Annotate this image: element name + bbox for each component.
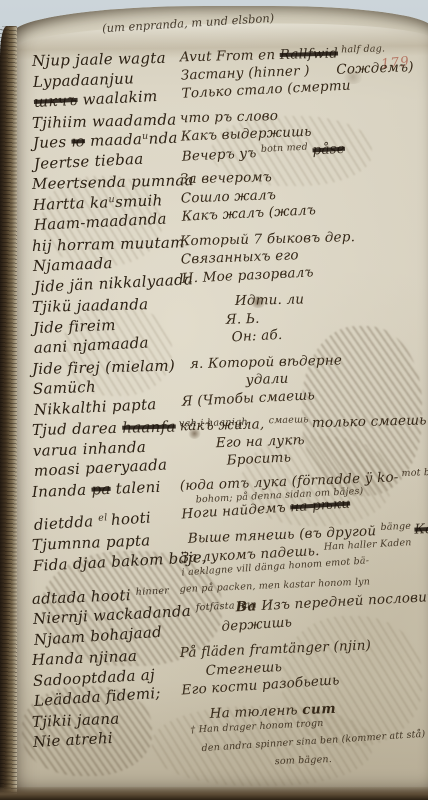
text-segment: Он: аб. bbox=[231, 327, 283, 345]
book-gutter-edge bbox=[0, 26, 17, 800]
text-segment: el bbox=[98, 512, 111, 524]
text-segment: smuih bbox=[115, 191, 163, 211]
text-segment: Njamaada bbox=[33, 254, 113, 275]
text-segment: botn med bbox=[261, 141, 309, 154]
text-segment: Jide fireim bbox=[33, 315, 116, 336]
native-word: Tjihiim waadamda bbox=[32, 110, 180, 132]
page-bottom-edge bbox=[0, 787, 428, 800]
text-segment: u bbox=[142, 131, 149, 142]
text-segment: Бросить bbox=[226, 449, 291, 468]
struck-text: на рѣки bbox=[290, 495, 351, 515]
text-segment: hinner bbox=[136, 585, 170, 597]
text-segment: Inanda bbox=[32, 480, 92, 500]
text-segment: waalakim bbox=[77, 87, 158, 109]
text-segment: смаешь bbox=[269, 414, 312, 426]
struck-text: Rallfwid bbox=[280, 46, 339, 63]
text-segment: Связанныхъ его bbox=[181, 247, 299, 267]
text-segment: удали bbox=[245, 371, 288, 389]
text-segment: Я. Ь. bbox=[225, 310, 259, 327]
native-word: Jide firej (mielam) bbox=[32, 356, 180, 378]
text-segment: Идти. ли bbox=[235, 291, 305, 309]
native-word: hij horram muutam bbox=[32, 233, 180, 255]
text-segment: half dag. bbox=[338, 43, 385, 55]
text-segment: Tjikii jaana bbox=[32, 709, 120, 731]
text-segment: Tjihiim waadamda bbox=[32, 110, 177, 132]
text-segment: nda bbox=[148, 129, 178, 148]
text-segment: Avut From en bbox=[180, 47, 280, 65]
text-segment: Lypadaanjuu bbox=[33, 69, 135, 91]
text-segment: Tjud darea bbox=[32, 419, 123, 439]
struck-text: шкчъ bbox=[33, 91, 78, 111]
text-segment: Tjumnna papta bbox=[32, 531, 151, 554]
text-segment: u bbox=[108, 193, 115, 204]
text-segment: Njup jaale wagta bbox=[32, 49, 166, 70]
text-segment: varua inhanda bbox=[33, 437, 147, 459]
text-segment: adtada hooti bbox=[32, 585, 137, 607]
text-segment: На тюленѣ bbox=[209, 702, 302, 722]
text-segment: som bägen. bbox=[275, 754, 333, 767]
text-segment: mot bäjen, bbox=[398, 466, 428, 479]
text-segment: Вечеръ уъ bbox=[181, 144, 261, 164]
native-word: Meertsenda pumnaa bbox=[32, 171, 180, 193]
text-segment: Стегнешь bbox=[205, 658, 282, 678]
struck-text: Кастор bbox=[414, 519, 428, 537]
text-segment: maada bbox=[85, 130, 143, 150]
text-segment: Nie atrehi bbox=[32, 729, 113, 751]
manuscript-lines: Njup jaale wagtaAvut From en Rallfwid ha… bbox=[32, 52, 428, 794]
text-segment: Meertsenda pumnaa bbox=[32, 171, 194, 193]
photo-background: 179 (um enpranda, m und elsbon) Njup jaa… bbox=[0, 0, 428, 800]
native-word: Tjikü jaadanda bbox=[32, 294, 180, 316]
text-segment: Jues bbox=[33, 133, 72, 152]
text-segment: За вечеромъ bbox=[180, 169, 273, 187]
text-segment: dietdda bbox=[33, 511, 99, 533]
struck-text: pa bbox=[91, 479, 111, 498]
text-segment: Сошло жалъ bbox=[181, 187, 277, 206]
struck-text: haanfa bbox=[122, 417, 176, 436]
text-segment: Jide firej (mielam) bbox=[32, 356, 176, 377]
native-word: Tjud darea haanfa vah i haanigh bbox=[32, 417, 180, 439]
struck-text: ю bbox=[71, 132, 85, 150]
text-segment: Samüch bbox=[33, 378, 97, 398]
text-segment: taleni bbox=[110, 477, 161, 497]
text-segment: hooti bbox=[110, 508, 151, 529]
native-word: Njup jaale wagta bbox=[32, 48, 180, 70]
text-segment: сит bbox=[302, 700, 337, 717]
text-segment: что ръ слово bbox=[180, 107, 279, 125]
struck-text: påse bbox=[312, 140, 345, 158]
text-segment: Tjikü jaadanda bbox=[32, 295, 149, 316]
text-segment: Handa njinaa bbox=[32, 647, 138, 669]
manuscript-page: 179 (um enpranda, m und elsbon) Njup jaa… bbox=[12, 6, 428, 800]
text-segment: Его на лукѣ bbox=[216, 432, 305, 451]
text-segment: Hartta ka bbox=[33, 193, 109, 214]
text-segment: vah i haanigh bbox=[176, 417, 248, 430]
text-segment: bänge bbox=[380, 521, 414, 533]
